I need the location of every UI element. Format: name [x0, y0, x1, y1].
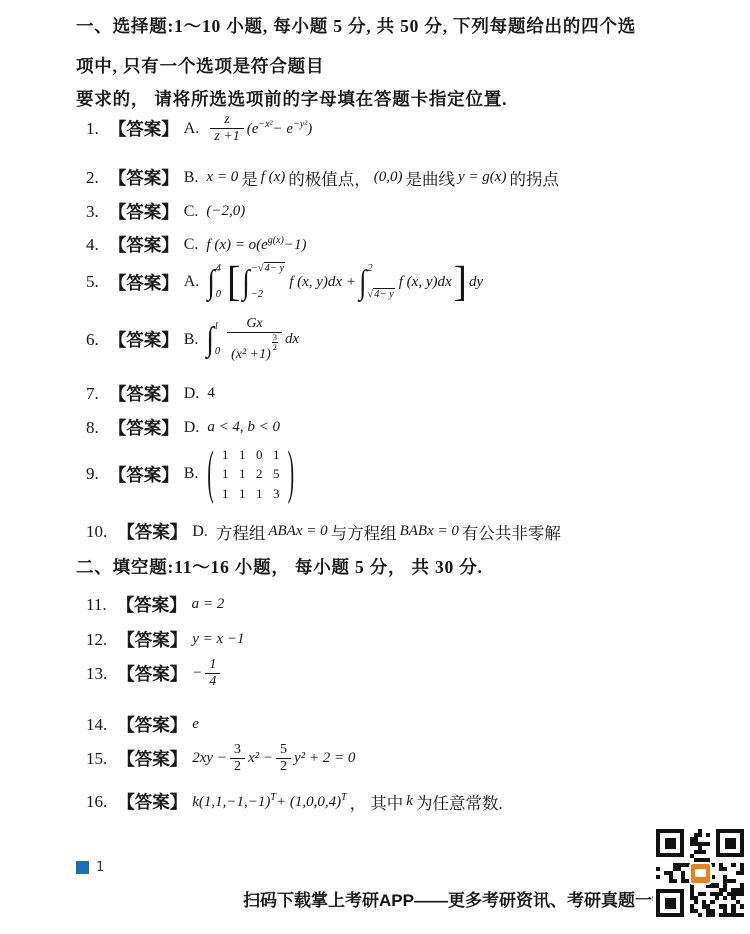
math-superscript: T [341, 792, 347, 803]
integral: ∫ −√4− y−2 [242, 264, 288, 300]
math-text: 4 [207, 385, 215, 402]
math-text: k [406, 793, 413, 810]
math-text: f (x) = o(e [206, 237, 267, 253]
answer-row-14: 14. 【答案】 e [86, 712, 199, 737]
integral-upper-limit: 4 [216, 264, 221, 275]
question-number: 7. [86, 384, 99, 404]
question-number: 11. [86, 595, 107, 615]
math-text: −1) [284, 237, 307, 253]
question-number: 13. [86, 664, 107, 684]
answer-label: 【答案】 [109, 381, 179, 406]
math-superscript: −y² [293, 119, 307, 130]
answer-row-7: 7. 【答案】 D. 4 [86, 381, 215, 406]
matrix-cell: 0 [251, 447, 268, 463]
matrix-cell: 1 [217, 486, 234, 502]
radicand: 4− y [264, 262, 286, 274]
answer-row-5: 5. 【答案】 A. ∫ 40 [ ∫ −√4− y−2 f (x, y)dx … [86, 264, 483, 300]
integral-lower-limit: 0 [215, 347, 220, 358]
question-number: 5. [86, 272, 99, 292]
math-text: BABx = 0 [400, 523, 459, 540]
integral: ∫ l0 [206, 322, 223, 358]
answer-letter: A. [184, 273, 200, 291]
answer-label: 【答案】 [117, 789, 187, 814]
answer-row-9: 9. 【答案】 B. ( 1101 1125 1113 ) [86, 447, 295, 502]
answer-letter: B. [184, 465, 199, 483]
page-marker: 1 [76, 860, 104, 875]
math-text: x² − [248, 750, 273, 767]
answer-letter: B. [184, 331, 199, 349]
math-text: (x² +1) [231, 347, 271, 362]
answer-row-4: 4. 【答案】 C. f (x) = o(eg(x)−1) [86, 232, 307, 257]
integral-upper-limit: l [215, 322, 220, 333]
section1-heading-line3: 要求的， 请将所选选项前的字母填在答题卡指定位置. [76, 86, 507, 111]
math-fragment: (e−x²− e−y²) [247, 119, 313, 138]
answer-row-15: 15. 【答案】 2xy − 3 2 x² − 5 2 y² + 2 = 0 [86, 742, 355, 775]
question-number: 6. [86, 330, 99, 350]
answer-label: 【答案】 [109, 462, 179, 487]
math-text: f (x) [261, 169, 286, 186]
matrix-cell: 1 [217, 466, 234, 482]
question-number: 14. [86, 715, 107, 735]
matrix-cell: 1 [234, 486, 251, 502]
matrix: ( 1101 1125 1113 ) [206, 447, 295, 502]
chinese-text: 是曲线 [406, 166, 456, 190]
math-text: a = 2 [192, 596, 225, 613]
chinese-text: 是 [241, 166, 258, 190]
answer-row-12: 12. 【答案】 y = x −1 [86, 627, 245, 652]
exponent-numerator: 3 [273, 333, 277, 342]
matrix-cell: 3 [268, 486, 285, 502]
math-text: dx [285, 331, 299, 348]
matrix-cell: 1 [234, 466, 251, 482]
fraction: 5 2 [276, 742, 291, 775]
math-text: + (1,0,0,4) [276, 794, 341, 810]
fraction-numerator: 3 [230, 742, 245, 758]
chinese-text: 方程组 [216, 520, 266, 544]
integral: ∫ 40 [207, 264, 224, 300]
minus-sign: − [192, 665, 202, 682]
qr-center-logo-icon [689, 862, 712, 885]
fraction-denominator: 2 [276, 758, 291, 775]
math-text: x = 0 [206, 169, 238, 186]
answer-label: 【答案】 [109, 199, 179, 224]
answer-label: 【答案】 [117, 519, 187, 544]
fraction: 3 2 [230, 742, 245, 775]
radical-sign: −√ [251, 263, 264, 274]
integral-sign: ∫ [359, 265, 366, 299]
question-number: 9. [86, 464, 99, 484]
math-text: e [192, 716, 199, 733]
fraction-numerator: z [220, 112, 233, 128]
answer-label: 【答案】 [109, 116, 179, 141]
answer-label: 【答案】 [117, 746, 187, 771]
math-text: y² + 2 = 0 [294, 750, 355, 767]
chinese-text: 的拐点 [509, 166, 559, 190]
answer-label: 【答案】 [109, 165, 179, 190]
qr-finder-icon [656, 889, 684, 917]
fraction: Gx (x² +1)32 [227, 316, 282, 363]
answer-label: 【答案】 [117, 661, 187, 686]
question-number: 16. [86, 792, 107, 812]
math-text: a < 4, b < 0 [207, 419, 280, 436]
exponent-denominator: 2 [272, 342, 278, 352]
answer-row-6: 6. 【答案】 B. ∫ l0 Gx (x² +1)32 dx [86, 316, 299, 363]
integral-sign: ∫ [206, 323, 213, 357]
integral-upper-limit: 2 [367, 264, 394, 275]
integral-sign: ∫ [207, 265, 214, 299]
math-text: y = x −1 [192, 631, 244, 648]
page-marker-square-icon [76, 861, 89, 874]
integral-upper-limit: −√4− y [251, 264, 285, 275]
question-number: 3. [86, 202, 99, 222]
answer-label: 【答案】 [109, 415, 179, 440]
matrix-cell: 1 [268, 447, 285, 463]
answer-letter: A. [184, 120, 200, 138]
radicand: 4− y [373, 288, 395, 300]
fraction-numerator: 1 [205, 657, 220, 673]
answer-label: 【答案】 [117, 712, 187, 737]
qr-code [653, 826, 747, 920]
integral-lower-limit: 0 [216, 290, 221, 301]
answer-letter: C. [184, 236, 199, 254]
answer-row-3: 3. 【答案】 C. (−2,0) [86, 199, 245, 224]
fraction-denominator: 2 [230, 758, 245, 775]
math-superscript: g(x) [268, 235, 284, 246]
section2-heading: 二、填空题:11～16 小题， 每小题 5 分， 共 30 分. [76, 554, 483, 579]
matrix-cell: 1 [234, 447, 251, 463]
math-text: f (x, y)dx [399, 274, 452, 291]
answer-label: 【答案】 [109, 327, 179, 352]
answer-letter: B. [184, 169, 199, 187]
answer-row-1: 1. 【答案】 A. z z +1 (e−x²− e−y²) [86, 112, 312, 145]
answer-letter: C. [184, 203, 199, 221]
question-number: 10. [86, 522, 107, 542]
math-text: y = g(x) [458, 169, 506, 186]
integral-lower-limit: −2 [251, 290, 285, 301]
integral-lower-limit: √4− y [367, 290, 394, 301]
section1-heading-line2: 项中, 只有一个选项是符合题目 [76, 53, 324, 78]
question-number: 2. [86, 168, 99, 188]
math-text: f (x, y)dx + [289, 274, 356, 291]
answer-label: 【答案】 [109, 270, 179, 295]
answer-label: 【答案】 [117, 627, 187, 652]
matrix-cell: 5 [268, 466, 285, 482]
math-fragment: k(1,1,−1,−1)T+ (1,0,0,4)T [192, 792, 346, 811]
matrix-cell: 2 [251, 466, 268, 482]
integral-sign: ∫ [242, 265, 249, 299]
answer-row-16: 16. 【答案】 k(1,1,−1,−1)T+ (1,0,0,4)T ， 其中 … [86, 789, 506, 814]
math-superscript: −x² [258, 119, 272, 130]
fraction-denominator: (x² +1)32 [227, 332, 282, 363]
answer-row-10: 10. 【答案】 D. 方程组 ABAx = 0 与方程组 BABx = 0 有… [86, 519, 564, 544]
answer-label: 【答案】 [109, 232, 179, 257]
math-text: ) [307, 121, 312, 137]
answer-row-11: 11. 【答案】 a = 2 [86, 592, 224, 617]
page-number: 1 [96, 860, 104, 875]
question-number: 8. [86, 418, 99, 438]
answer-row-8: 8. 【答案】 D. a < 4, b < 0 [86, 415, 280, 440]
fraction: z z +1 [210, 112, 243, 145]
section1-heading-line1: 一、选择题:1～10 小题, 每小题 5 分, 共 50 分, 下列每题给出的四… [76, 13, 636, 38]
math-text: (e [247, 121, 259, 137]
question-number: 15. [86, 749, 107, 769]
fraction: 1 4 [205, 657, 220, 690]
question-number: 4. [86, 235, 99, 255]
chinese-text: ， 其中 [350, 790, 404, 814]
math-text: 2xy − [192, 750, 227, 767]
exponent-fraction: 32 [272, 333, 278, 352]
question-number: 1. [86, 119, 99, 139]
chinese-text: 有公共非零解 [462, 520, 561, 544]
fraction-numerator: 5 [276, 742, 291, 758]
fraction-numerator: Gx [242, 316, 266, 332]
answer-label: 【答案】 [117, 592, 187, 617]
answer-letter: D. [192, 523, 208, 541]
matrix-cell: 1 [251, 486, 268, 502]
math-fragment: f (x) = o(eg(x)−1) [206, 235, 306, 254]
matrix-right-paren: ) [287, 445, 295, 504]
answer-row-2: 2. 【答案】 B. x = 0 是 f (x) 的极值点， (0,0) 是曲线… [86, 165, 562, 190]
chinese-text: 的极值点， [288, 166, 371, 190]
matrix-left-paren: ( [206, 445, 214, 504]
math-text: k(1,1,−1,−1) [192, 794, 270, 810]
answer-letter: D. [184, 385, 200, 403]
math-text: ABAx = 0 [268, 523, 327, 540]
chinese-text: 为任意常数. [416, 790, 503, 814]
qr-finder-icon [716, 829, 744, 857]
qr-finder-icon [656, 829, 684, 857]
footer-tagline: 扫码下载掌上考研APP——更多考研资讯、考研真题一键获取 [243, 886, 703, 911]
math-text: (−2,0) [206, 203, 245, 220]
fraction-denominator: 4 [205, 673, 220, 690]
matrix-cell: 1 [217, 447, 234, 463]
fraction-denominator: z +1 [210, 128, 243, 145]
answer-row-13: 13. 【答案】 − 1 4 [86, 657, 223, 690]
integral: ∫ 2√4− y [359, 264, 398, 300]
question-number: 12. [86, 630, 107, 650]
document-page: { "page": { "header_lines": [ "一、选择题:1～1… [0, 0, 750, 934]
answer-letter: D. [184, 419, 200, 437]
chinese-text: 与方程组 [331, 520, 397, 544]
math-text: dy [469, 274, 483, 291]
math-text: (0,0) [374, 169, 403, 186]
math-text: − e [273, 121, 294, 137]
matrix-grid: 1101 1125 1113 [217, 447, 285, 502]
